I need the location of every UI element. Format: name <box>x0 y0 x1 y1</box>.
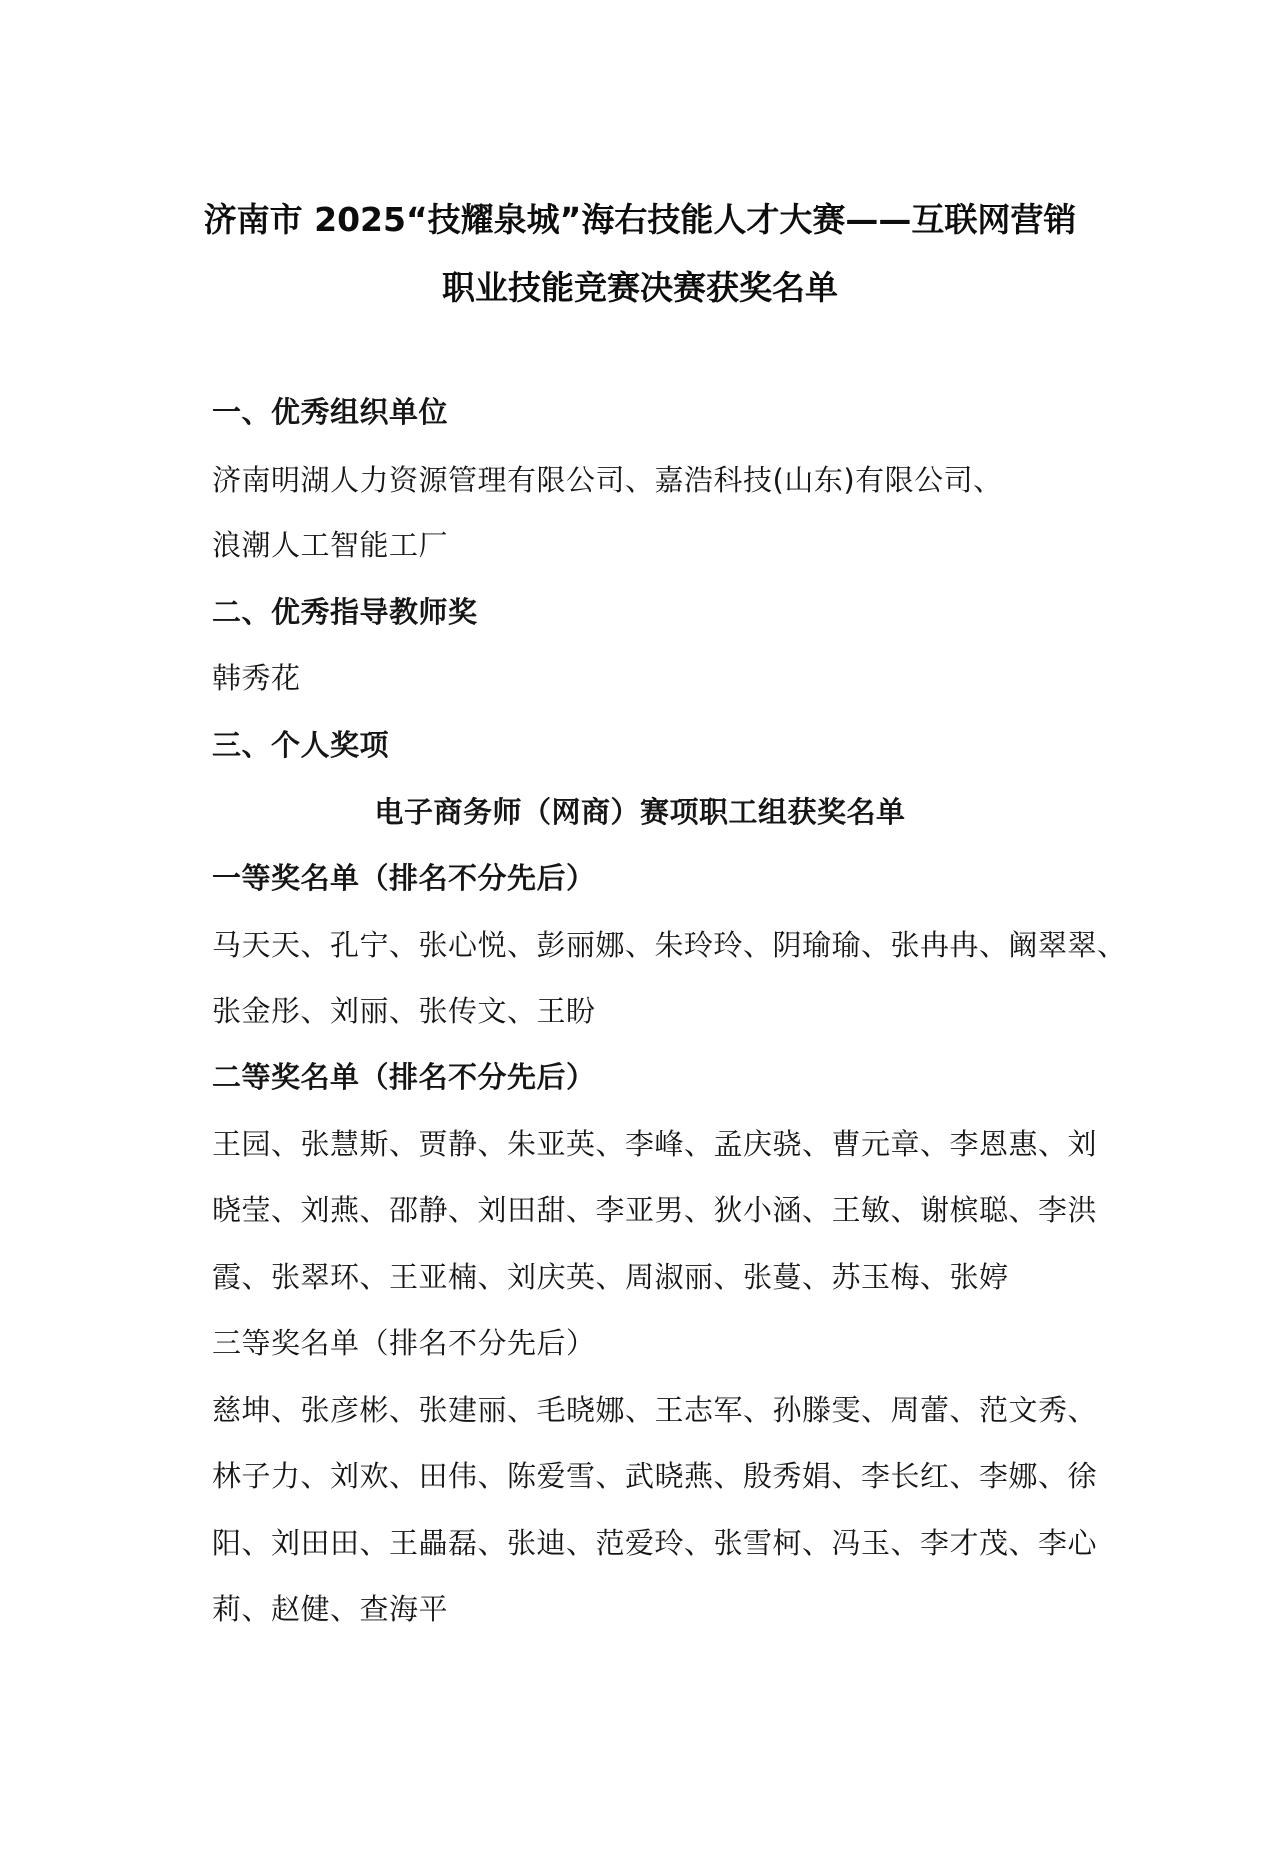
second-prize-names: 霞、张翠环、王亚楠、刘庆英、周淑丽、张蔓、苏玉梅、张婷 <box>212 1257 1082 1297</box>
first-prize-names: 马天天、孔宁、张心悦、彭丽娜、朱玲玲、阴瑜瑜、张冉冉、阚翠翠、 <box>212 925 1082 965</box>
third-prize-names: 莉、赵健、查海平 <box>212 1589 1082 1629</box>
org-list-line: 浪潮人工智能工厂 <box>212 525 1082 565</box>
second-prize-names: 晓莹、刘燕、邵静、刘田甜、李亚男、狄小涵、王敏、谢槟聪、李洪 <box>212 1190 1082 1230</box>
third-prize-names: 林子力、刘欢、田伟、陈爱雪、武晓燕、殷秀娟、李长红、李娜、徐 <box>212 1456 1082 1496</box>
document-title-line-2: 职业技能竞赛决赛获奖名单 <box>200 262 1080 309</box>
first-prize-names: 张金彤、刘丽、张传文、王盼 <box>212 991 1082 1031</box>
second-prize-names: 王园、张慧斯、贾静、朱亚英、李峰、孟庆骁、曹元章、李恩惠、刘 <box>212 1124 1082 1164</box>
third-prize-heading: 三等奖名单（排名不分先后） <box>212 1323 1082 1363</box>
section-heading-organizations: 一、优秀组织单位 <box>212 392 1082 432</box>
third-prize-names: 阳、刘田田、王畾磊、张迪、范爱玲、张雪柯、冯玉、李才茂、李心 <box>212 1523 1082 1563</box>
section-heading-teacher-award: 二、优秀指导教师奖 <box>212 592 1082 632</box>
first-prize-heading: 一等奖名单（排名不分先后） <box>212 858 1082 898</box>
document-title-line-1: 济南市 2025“技耀泉城”海右技能人才大赛——互联网营销 <box>200 194 1080 241</box>
second-prize-heading: 二等奖名单（排名不分先后） <box>212 1057 1082 1097</box>
teacher-name: 韩秀花 <box>212 658 1082 698</box>
document-page: 济南市 2025“技耀泉城”海右技能人才大赛——互联网营销 职业技能竞赛决赛获奖… <box>0 0 1280 1857</box>
third-prize-names: 慈坤、张彦彬、张建丽、毛晓娜、王志军、孙滕雯、周蕾、范文秀、 <box>212 1390 1082 1430</box>
org-list-line: 济南明湖人力资源管理有限公司、嘉浩科技(山东)有限公司、 <box>212 460 1082 500</box>
individual-awards-subtitle: 电子商务师（网商）赛项职工组获奖名单 <box>200 792 1080 832</box>
section-heading-individual-awards: 三、个人奖项 <box>212 725 1082 765</box>
